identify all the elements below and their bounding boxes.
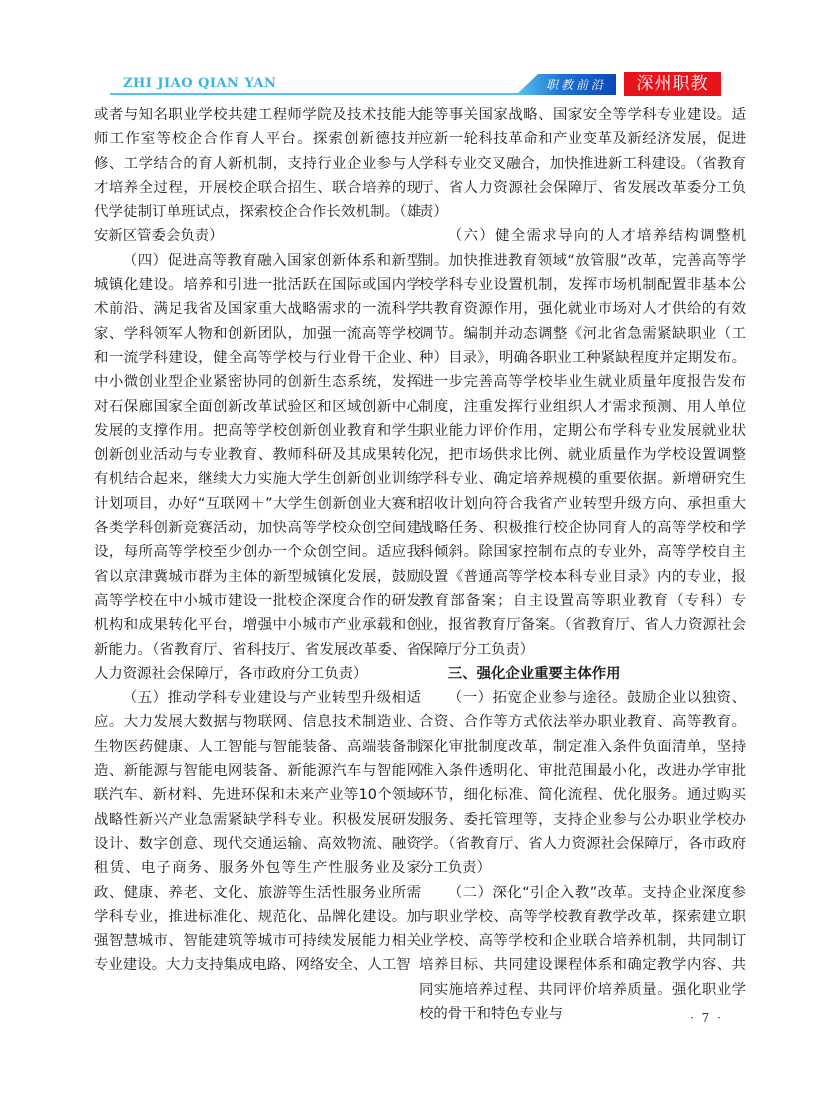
- paragraph-continuation: 或者与知名职业学校共建工程师学院及技术技能大师工作室等校企合作育人平台。探索创新…: [94, 103, 421, 249]
- left-column: 或者与知名职业学校共建工程师学院及技术技能大师工作室等校企合作育人平台。探索创新…: [94, 103, 421, 978]
- section-heading: 三、强化企业重要主体作用: [419, 662, 746, 686]
- header-rule: [110, 93, 550, 95]
- header-brand-badge: 深州职教: [624, 72, 721, 96]
- paragraph-section3-item-2: （二）深化“引企入教”改革。支持企业深度参与职业学校、高等学校教育教学改革，探索…: [419, 881, 746, 1027]
- header-column-name: 职教前沿: [546, 76, 606, 93]
- page-header: ZHI JIAO QIAN YAN 职教前沿 深州职教: [0, 0, 816, 100]
- paragraph-section3-item-1: （一）拓宽企业参与途径。鼓励企业以独资、合资、合作等方式依法举办职业教育、高等教…: [419, 686, 746, 880]
- paragraph-item-4: （四）促进高等教育融入国家创新体系和新型城镇化建设。培养和引进一批活跃在国际或国…: [94, 249, 421, 686]
- paragraph-item-5: （五）推动学科专业建设与产业转型升级相适应。大力发展大数据与物联网、信息技术制造…: [94, 686, 421, 978]
- paragraph-continuation: 能等事关国家战略、国家安全等学科专业建设。适应新一轮科技革命和产业变革及新经济发…: [419, 103, 746, 224]
- page-number: · 7 ·: [690, 1011, 723, 1025]
- header-pinyin-title: ZHI JIAO QIAN YAN: [123, 76, 276, 91]
- paragraph-item-6: （六）健全需求导向的人才培养结构调整机制。加快推进教育领域“放管服”改革，完善高…: [419, 224, 746, 661]
- right-column: 能等事关国家战略、国家安全等学科专业建设。适应新一轮科技革命和产业变革及新经济发…: [419, 103, 746, 1026]
